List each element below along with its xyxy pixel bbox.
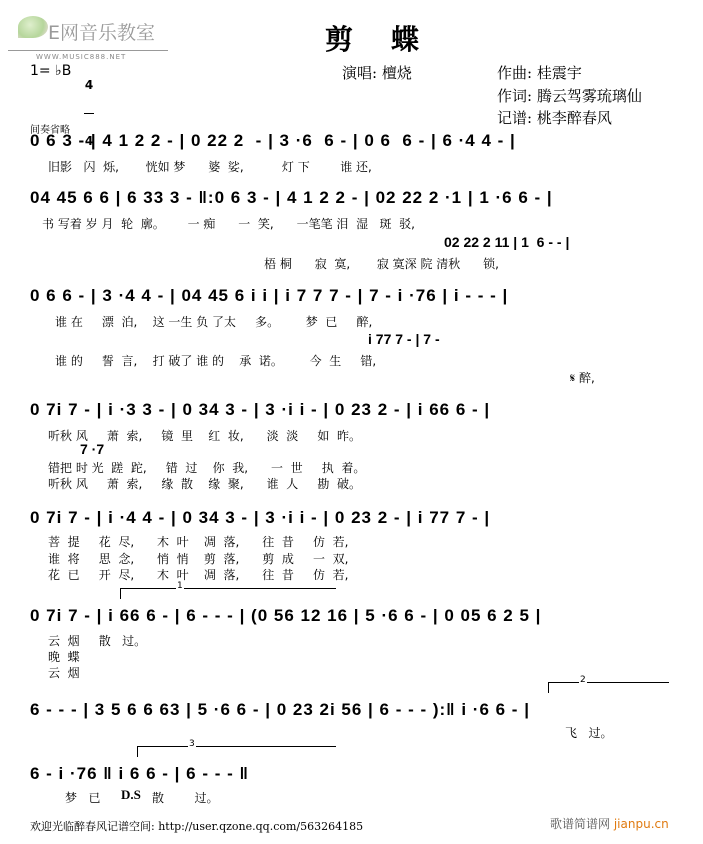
volta-2-bracket: 2 xyxy=(548,682,669,693)
volta-2-label: 2 xyxy=(579,675,587,685)
logo-divider xyxy=(8,50,168,51)
lyrics-row-6-v3: 云 烟 xyxy=(48,664,80,681)
lyrics-row-2-v1: 书 写着 岁 月 轮 廓。 一 痴 一 笑, 一笔笔 泪 湿 斑 驳, xyxy=(42,215,415,232)
lyrics-row-6-v1: 云 烟 散 过。 xyxy=(48,632,146,649)
song-title: 剪蝶 xyxy=(325,18,457,58)
lyrics-row-7-v1: 飞 过。 xyxy=(565,724,612,741)
logo-text: E网音乐教室 xyxy=(48,18,155,45)
watermark-en: jianpu.cn xyxy=(614,817,669,831)
notation-row-7: 6 - - - | 3 5 6 6 63 | 5 ·6 6 - | 0 23 2… xyxy=(30,700,530,720)
ds-marking: D.S xyxy=(121,787,141,803)
watermark: 歌谱简谱网 jianpu.cn xyxy=(550,815,669,832)
lyrics-row-8-v1: 梦 已 xyxy=(65,789,100,806)
segno-lyric: 𝄋 醉, xyxy=(570,369,595,386)
lyrics-row-5-v2: 谁 将 思 念, 悄 悄 剪 落, 剪 成 一 双, xyxy=(48,550,348,567)
lyrics-row-8-after: 散 过。 xyxy=(152,789,219,806)
transcriber-credit: 记谱: 桃李醉春风 xyxy=(497,107,612,128)
site-logo: E网音乐教室 WWW.MUSIC888.NET xyxy=(8,8,168,63)
notation-row-2-alt: 02 22 2 11 | 1 6 - - | xyxy=(444,234,569,250)
lyrics-row-5-v3: 花 已 开 尽, 木 叶 凋 落, 往 昔 仿 若, xyxy=(48,566,348,583)
notation-row-4: 0 7i 7 - | i ·3 3 - | 0 34 3 - | 3 ·i i … xyxy=(30,400,490,420)
lyrics-row-3-v1: 谁 在 漂 泊, 这 一生 负 了太 多。 梦 已 醉, xyxy=(55,313,372,330)
footer-link[interactable]: 欢迎光临醉春风记谱空间: http://user.qzone.qq.com/56… xyxy=(30,818,363,834)
composer-credit: 作曲: 桂震宇 xyxy=(497,62,582,83)
lyricist-credit: 作词: 腾云驾雾琉璃仙 xyxy=(497,85,642,106)
notation-row-8: 6 - i ·76 ‖ i 6 6 - | 6 - - - ‖ xyxy=(30,764,249,784)
lyrics-row-1-v1: 旧影 闪 烁, 恍如 梦 婆 娑, 灯 下 谁 还, xyxy=(48,158,372,175)
notation-row-6: 0 7i 7 - | i 66 6 - | 6 - - - | (0 56 12… xyxy=(30,606,541,626)
volta-3-bracket: 3 xyxy=(137,746,336,757)
lyrics-row-6-v2: 晚 蝶 xyxy=(48,648,80,665)
lyrics-row-4-v3: 听秋 风 萧 索, 缘 散 缘 聚, 谁 人 勘 破。 xyxy=(48,475,361,492)
lyrics-row-4-v2: 错把 时 光 蹉 跎, 错 过 你 我, 一 世 执 着。 xyxy=(48,459,365,476)
lyrics-row-2-alt: 梧 桐 寂 寞, 寂 寞深 院 清秋 锁, xyxy=(264,255,499,272)
notation-row-2: 04 45 6 6 | 6 33 3 - ‖:0 6 3 - | 4 1 2 2… xyxy=(30,188,553,208)
leaf-icon xyxy=(18,16,48,38)
notation-row-4-small: 7 ·7 xyxy=(80,441,104,457)
notation-row-3: 0 6 6 - | 3 ·4 4 - | 04 45 6 i i | i 7 7… xyxy=(30,286,508,306)
volta-1-label: 1 xyxy=(176,581,184,591)
notation-row-5: 0 7i 7 - | i ·4 4 - | 0 34 3 - | 3 ·i i … xyxy=(30,508,490,528)
lyrics-row-3-v2: 谁 的 誓 言, 打 破了 谁 的 承 诺。 今 生 错, xyxy=(55,352,376,369)
time-top: 4 xyxy=(84,80,94,91)
singer-credit: 演唱: 檀烧 xyxy=(342,62,412,83)
time-bar xyxy=(84,113,94,114)
notation-row-1: 0 6 3 - | 4 1 2 2 - | 0 22 2 - | 3 ·6 6 … xyxy=(30,131,516,151)
key-signature: 1= ♭B xyxy=(30,63,71,79)
volta-3-label: 3 xyxy=(188,739,196,749)
notation-row-3-alt: i 77 7 - | 7 - xyxy=(368,331,440,347)
watermark-cn: 歌谱简谱网 xyxy=(550,817,610,831)
logo-url: WWW.MUSIC888.NET xyxy=(36,53,126,61)
lyrics-row-5-v1: 菩 提 花 尽, 木 叶 凋 落, 往 昔 仿 若, xyxy=(48,533,348,550)
volta-1-bracket: 1 xyxy=(120,588,336,599)
